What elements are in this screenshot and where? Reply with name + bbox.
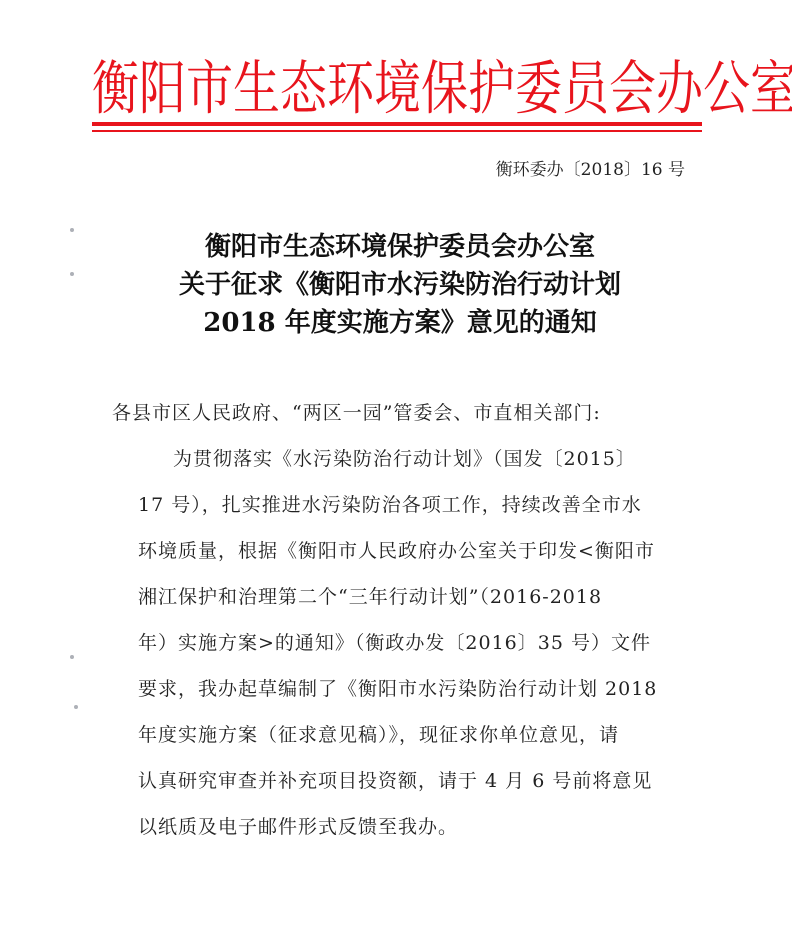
binding-hole-mark bbox=[70, 655, 74, 659]
body-line: 为贯彻落实《水污染防治行动计划》（国发〔2015〕 bbox=[138, 436, 658, 482]
salutation: 各县市区人民政府、“两区一园”管委会、市直相关部门: bbox=[112, 390, 658, 436]
body-line: 要求，我办起草编制了《衡阳市水污染防治行动计划 2018 bbox=[138, 666, 658, 712]
body-line: 年度实施方案（征求意见稿）》，现征求你单位意见，请 bbox=[138, 712, 658, 758]
body-line: 湘江保护和治理第二个“三年行动计划”（2016-2018 bbox=[138, 574, 658, 620]
document-body: 各县市区人民政府、“两区一园”管委会、市直相关部门: 为贯彻落实《水污染防治行动… bbox=[138, 390, 658, 850]
binding-hole-mark bbox=[74, 705, 78, 709]
body-line: 环境质量，根据《衡阳市人民政府办公室关于印发<衡阳市 bbox=[138, 528, 658, 574]
letterhead-red-rule-thick bbox=[92, 122, 702, 126]
binding-hole-mark bbox=[70, 272, 74, 276]
document-title-line-3: 2018 年度实施方案》意见的通知 bbox=[100, 304, 700, 342]
binding-hole-mark bbox=[70, 228, 74, 232]
document-title-line-2: 关于征求《衡阳市水污染防治行动计划 bbox=[100, 266, 700, 304]
letterhead-red-rule-thin bbox=[92, 130, 702, 132]
document-number: 衡环委办〔2018〕16 号 bbox=[496, 158, 685, 182]
document-title-line-1: 衡阳市生态环境保护委员会办公室 bbox=[100, 228, 700, 266]
body-line: 认真研究审查并补充项目投资额，请于 4 月 6 号前将意见 bbox=[138, 758, 658, 804]
body-line: 以纸质及电子邮件形式反馈至我办。 bbox=[138, 804, 658, 850]
body-line: 17 号），扎实推进水污染防治各项工作，持续改善全市水 bbox=[138, 482, 658, 528]
body-line: 年）实施方案>的通知》（衡政办发〔2016〕35 号）文件 bbox=[138, 620, 658, 666]
letterhead-org-name: 衡阳市生态环境保护委员会办公室 bbox=[92, 46, 702, 134]
document-title: 衡阳市生态环境保护委员会办公室 关于征求《衡阳市水污染防治行动计划 2018 年… bbox=[100, 228, 700, 342]
